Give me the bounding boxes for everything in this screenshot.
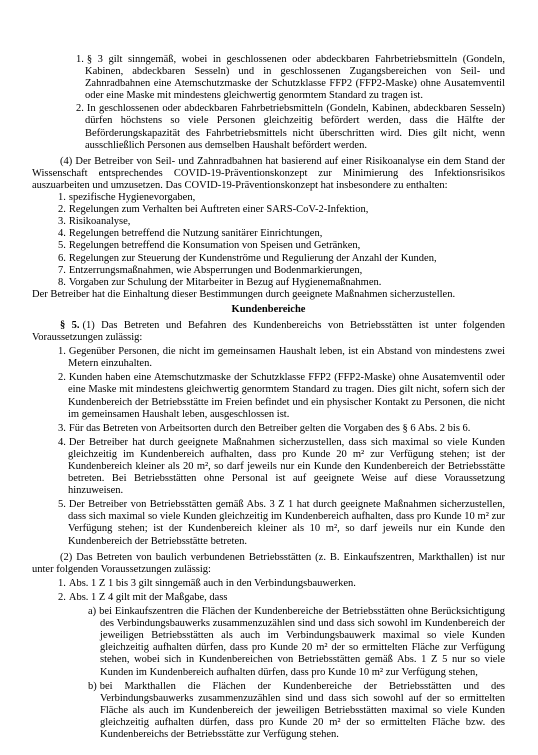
list-item: 2.In geschlossenen oder abdeckbaren Fahr… xyxy=(32,103,505,151)
section-5-label: § 5. xyxy=(60,320,80,331)
sublist-item: b)bei Markthallen die Flächen der Kunden… xyxy=(32,681,505,741)
list-item: 2.Abs. 1 Z 4 gilt mit der Maßgabe, dass xyxy=(32,592,505,604)
list-item-marker: 1. xyxy=(76,54,84,65)
document-content: 1.§ 3 gilt sinngemäß, wobei in geschloss… xyxy=(0,0,538,741)
list-item-text: Regelungen zur Steuerung der Kundenström… xyxy=(69,253,437,264)
list-item-text: Abs. 1 Z 4 gilt mit der Maßgabe, dass xyxy=(69,592,228,603)
list-item: 8.Vorgaben zur Schulung der Mitarbeiter … xyxy=(32,277,505,289)
list-item: 4.Regelungen betreffend die Nutzung sani… xyxy=(32,228,505,240)
list-item-text: Risikoanalyse, xyxy=(69,216,131,227)
list-item-text: Regelungen betreffend die Konsumation vo… xyxy=(69,240,360,251)
list-item-marker: 2. xyxy=(58,372,66,383)
sublist-item-marker: a) xyxy=(88,606,96,617)
list-item-marker: 3. xyxy=(58,423,66,434)
list-item-text: § 3 gilt sinngemäß, wobei in geschlossen… xyxy=(85,54,505,101)
list-item-text: Vorgaben zur Schulung der Mitarbeiter in… xyxy=(69,277,381,288)
list-item-text: Der Betreiber von Betriebsstätten gemäß … xyxy=(68,499,505,546)
list-item-marker: 1. xyxy=(58,346,66,357)
list-item-marker: 2. xyxy=(58,592,66,603)
section-heading: Kundenbereiche xyxy=(32,304,505,316)
list-item: 6.Regelungen zur Steuerung der Kundenstr… xyxy=(32,253,505,265)
list-item: 3.Für das Betreten von Arbeitsorten durc… xyxy=(32,423,505,435)
list-item: 1.spezifische Hygienevorgaben, xyxy=(32,192,505,204)
list-item-marker: 8. xyxy=(58,277,66,288)
sublist-item-text: bei Markthallen die Flächen der Kundenbe… xyxy=(100,681,505,740)
list-item-marker: 5. xyxy=(58,499,66,510)
sublist-item-marker: b) xyxy=(88,681,97,692)
list-item-text: Regelungen betreffend die Nutzung sanitä… xyxy=(69,228,322,239)
list-item-marker: 2. xyxy=(58,204,66,215)
list-item: 7.Entzerrungsmaßnahmen, wie Absperrungen… xyxy=(32,265,505,277)
list-item-text: Gegenüber Personen, die nicht im gemeins… xyxy=(68,346,505,369)
list-item: 5.Der Betreiber von Betriebsstätten gemä… xyxy=(32,499,505,547)
list-item-marker: 3. xyxy=(58,216,66,227)
paragraph-4: (4) Der Betreiber von Seil- und Zahnradb… xyxy=(32,156,505,192)
list-item-text: Kunden haben eine Atemschutzmaske der Sc… xyxy=(68,372,505,419)
paragraph-2: (2) Das Betreten von baulich verbundenen… xyxy=(32,552,505,576)
list-item: 1.§ 3 gilt sinngemäß, wobei in geschloss… xyxy=(32,54,505,102)
list-item-marker: 4. xyxy=(58,437,66,448)
list-item: 5.Regelungen betreffend die Konsumation … xyxy=(32,240,505,252)
list-item-text: In geschlossenen oder abdeckbaren Fahrbe… xyxy=(85,103,505,150)
list-item-marker: 4. xyxy=(58,228,66,239)
list-item-marker: 1. xyxy=(58,192,66,203)
list-item-marker: 2. xyxy=(76,103,84,114)
sublist-item-text: bei Einkaufszentren die Flächen der Kund… xyxy=(99,606,505,677)
list-item: 1.Gegenüber Personen, die nicht im gemei… xyxy=(32,346,505,370)
list-item-text: Regelungen zum Verhalten bei Auftreten e… xyxy=(69,204,368,215)
list-item: 2.Regelungen zum Verhalten bei Auftreten… xyxy=(32,204,505,216)
paragraph-4-closing: Der Betreiber hat die Einhaltung dieser … xyxy=(32,289,505,301)
list-item-text: spezifische Hygienevorgaben, xyxy=(69,192,195,203)
list-item-text: Der Betreiber hat durch geeignete Maßnah… xyxy=(68,437,505,496)
list-item-text: Abs. 1 Z 1 bis 3 gilt sinngemäß auch in … xyxy=(69,578,356,589)
list-item-text: Entzerrungsmaßnahmen, wie Absperrungen u… xyxy=(69,265,362,276)
section-5-intro-text: (1) Das Betreten und Befahren des Kunden… xyxy=(32,320,505,343)
list-item-text: Für das Betreten von Arbeitsorten durch … xyxy=(69,423,471,434)
document-page: 1.§ 3 gilt sinngemäß, wobei in geschloss… xyxy=(0,0,538,755)
list-item-marker: 1. xyxy=(58,578,66,589)
list-item: 1.Abs. 1 Z 1 bis 3 gilt sinngemäß auch i… xyxy=(32,578,505,590)
section-5-intro: § 5.(1) Das Betreten und Befahren des Ku… xyxy=(32,320,505,344)
list-item-marker: 5. xyxy=(58,240,66,251)
list-item: 3.Risikoanalyse, xyxy=(32,216,505,228)
list-item: 4.Der Betreiber hat durch geeignete Maßn… xyxy=(32,437,505,497)
sublist-item: a)bei Einkaufszentren die Flächen der Ku… xyxy=(32,606,505,679)
list-item-marker: 7. xyxy=(58,265,66,276)
list-item: 2.Kunden haben eine Atemschutzmaske der … xyxy=(32,372,505,420)
list-item-marker: 6. xyxy=(58,253,66,264)
